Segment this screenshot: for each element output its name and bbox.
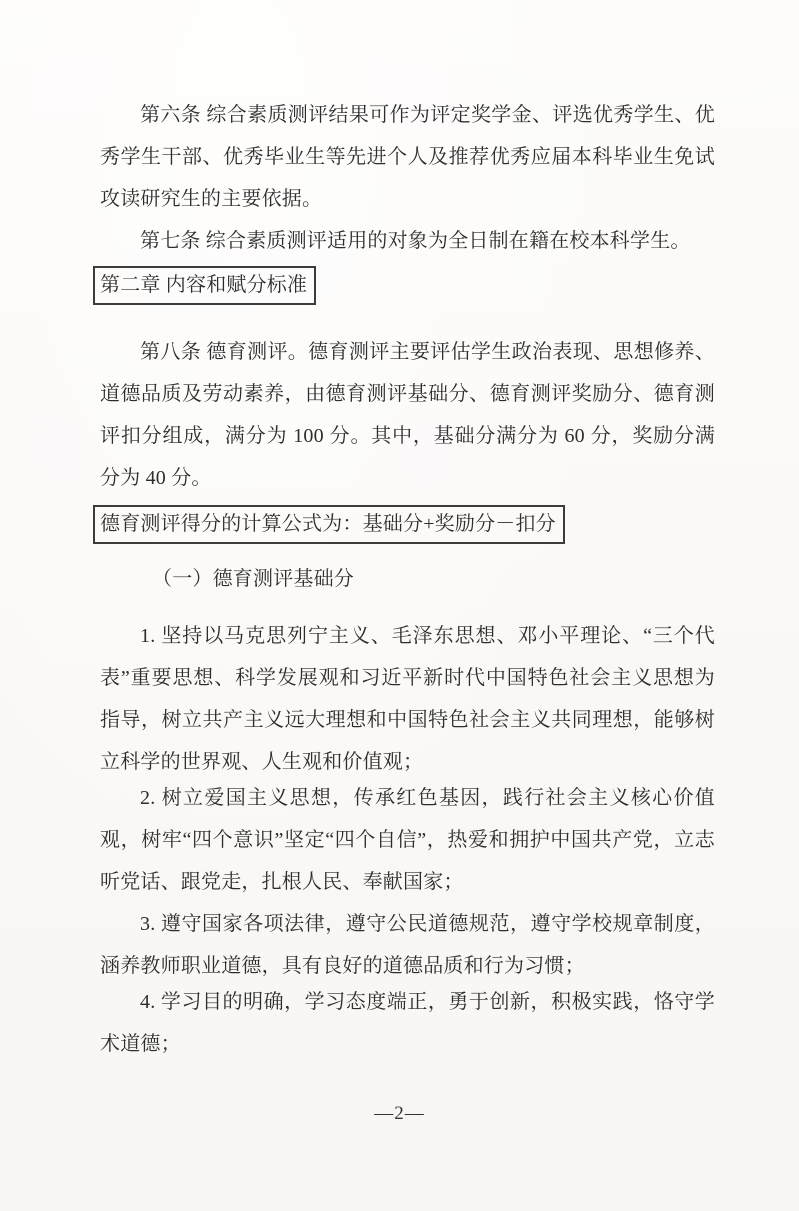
- paragraph-article-6: 第六条 综合素质测评结果可作为评定奖学金、评选优秀学生、优秀学生干部、优秀毕业生…: [100, 94, 715, 220]
- list-item-4: 4. 学习目的明确，学习态度端正，勇于创新，积极实践，恪守学术道德；: [100, 981, 715, 1065]
- document-body: 第六条 综合素质测评结果可作为评定奖学金、评选优秀学生、优秀学生干部、优秀毕业生…: [0, 0, 799, 1065]
- paragraph-article-7: 第七条 综合素质测评适用的对象为全日制在籍在校本科学生。: [100, 220, 715, 262]
- list-item-3: 3. 遵守国家各项法律，遵守公民道德规范，遵守学校规章制度，涵养教师职业道德，具…: [100, 903, 715, 987]
- list-item-2: 2. 树立爱国主义思想，传承红色基因，践行社会主义核心价值观，树牢“四个意识”坚…: [100, 777, 715, 903]
- chapter-heading-row: 第二章 内容和赋分标准: [100, 266, 715, 305]
- section-heading: （一）德育测评基础分: [100, 558, 715, 600]
- chapter-heading-box: 第二章 内容和赋分标准: [93, 266, 316, 305]
- formula-row: 德育测评得分的计算公式为：基础分+奖励分－扣分: [100, 505, 715, 544]
- scanned-document-page: 第六条 综合素质测评结果可作为评定奖学金、评选优秀学生、优秀学生干部、优秀毕业生…: [0, 0, 799, 1211]
- page-number: —2—: [0, 1103, 799, 1125]
- paragraph-article-8: 第八条 德育测评。德育测评主要评估学生政治表现、思想修养、道德品质及劳动素养，由…: [100, 331, 715, 499]
- formula-box: 德育测评得分的计算公式为：基础分+奖励分－扣分: [93, 505, 565, 544]
- list-item-1: 1. 坚持以马克思列宁主义、毛泽东思想、邓小平理论、“三个代表”重要思想、科学发…: [100, 615, 715, 783]
